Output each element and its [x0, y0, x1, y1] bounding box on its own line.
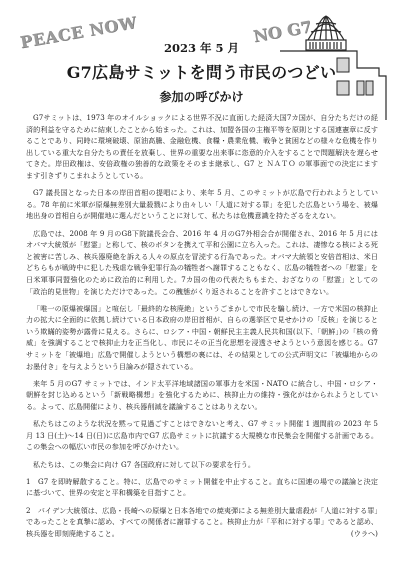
paragraph-deception: 「唯一の原爆被爆国」と喧伝し「最終的な核廃絶」というごまかしで市民を騙し続け、一…: [26, 303, 378, 373]
paragraph-demands-intro: 私たちは、この集会に向け G7 各国政府に対して以下の要求を行う。: [26, 459, 378, 471]
page-subtitle: 参加の呼びかけ: [0, 88, 403, 105]
continued-overleaf: (ウラへ): [351, 528, 378, 540]
paragraph-past-events: 広島では、2008 年 9 月のG8下院議長会合、2016 年 4 月のG7外相…: [26, 228, 378, 298]
paragraph-rally-call: 私たちはこのような状況を黙って見過ごすことはできないと考え、G7 サミット開催 …: [26, 418, 378, 453]
demand-2: 2 バイデン大統領は、広島・長崎への原爆と日本各地での焼夷弾による無差別大量虐殺…: [26, 506, 378, 538]
issue-date: 2023 年 5 月: [0, 40, 403, 56]
demand-1: 1 G7 を即時解散すること。特に、広島でのサミット開催を中止すること。直ちに国…: [26, 476, 378, 499]
body-text: G7サミットは、1973 年のオイルショックによる世界不況に直面した経済大国7カ…: [26, 112, 378, 545]
page-title: G7広島サミットを問う市民のつどい: [0, 60, 403, 83]
paragraph-strategy: 来年 5 月のG7 サミットでは、インド太平洋地域諸国の軍事力を米国・NATO …: [26, 378, 378, 413]
paragraph-hiroshima-host: G7 議長国となった日本の岸田首相の提唱により、来年 5 月、このサミットが広島…: [26, 187, 378, 222]
demand-2-container: 2 バイデン大統領は、広島・長崎への原爆と日本各地での焼夷弾による無差別大量虐殺…: [26, 505, 378, 540]
paragraph-g7-origins: G7サミットは、1973 年のオイルショックによる世界不況に直面した経済大国7カ…: [26, 112, 378, 182]
flyer-page: PEACE NOW NO G7 2023 年 5 月 G7広島サミットを問う市民: [0, 0, 403, 570]
